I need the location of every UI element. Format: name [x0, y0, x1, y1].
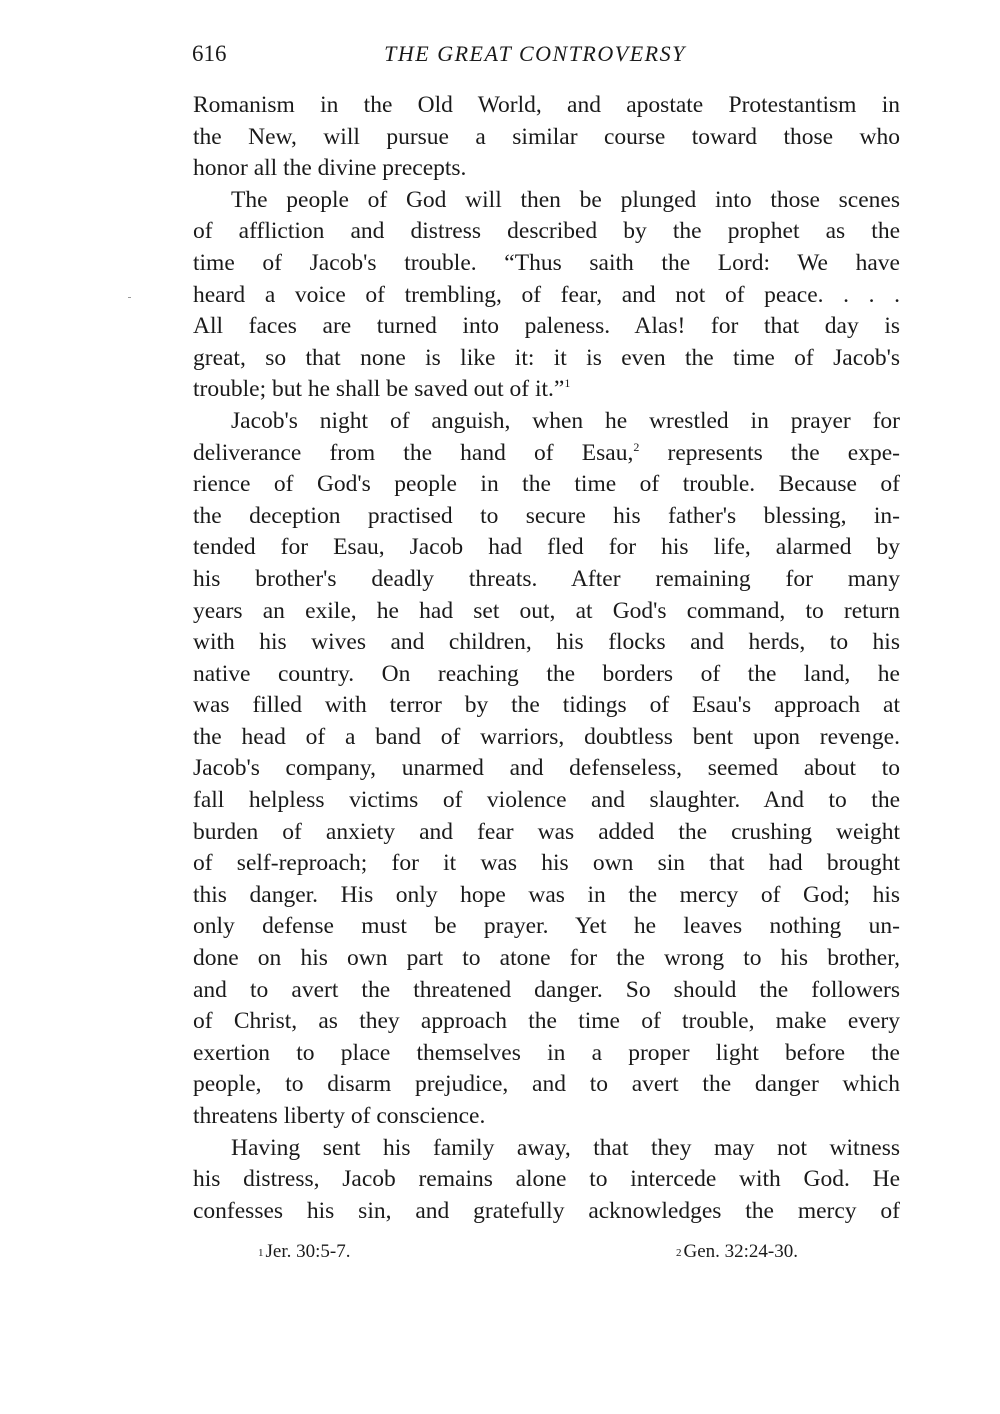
text-line: people, to disarm prejudice, and to aver…: [193, 1069, 900, 1101]
running-title: THE GREAT CONTROVERSY: [0, 40, 1000, 68]
text-line: native country. On reaching the borders …: [193, 659, 900, 691]
text-line: burden of anxiety and fear was added the…: [193, 817, 900, 849]
footnote-marker: 2: [676, 1247, 682, 1259]
margin-mark: [128, 297, 131, 298]
text-line: fall helpless victims of violence and sl…: [193, 785, 900, 817]
text-line: done on his own part to atone for the wr…: [193, 943, 900, 975]
text-line: of Christ, as they approach the time of …: [193, 1006, 900, 1038]
footnote-ref-2[interactable]: 2: [633, 440, 639, 454]
text-line: trouble; but he shall be saved out of it…: [193, 374, 900, 406]
text-line: All faces are turned into paleness. Alas…: [193, 311, 900, 343]
text-line: Jacob's company, unarmed and defenseless…: [193, 753, 900, 785]
text-line: was filled with terror by the tidings of…: [193, 690, 900, 722]
text-line: tended for Esau, Jacob had fled for his …: [193, 532, 900, 564]
text-line-content: represents the expe-: [668, 440, 901, 466]
text-line: his brother's deadly threats. After rema…: [193, 564, 900, 596]
text-line: the deception practised to secure his fa…: [193, 501, 900, 533]
footnote-text: Gen. 32:24-30.: [684, 1241, 799, 1262]
text-line: great, so that none is like it: it is ev…: [193, 343, 900, 375]
footnote-1: 1Jer. 30:5-7.: [258, 1240, 350, 1264]
text-line: threatens liberty of conscience.: [193, 1101, 900, 1133]
text-line: his distress, Jacob remains alone to int…: [193, 1164, 900, 1196]
text-line-content: deliverance from the hand of Esau,: [193, 440, 633, 466]
text-line: deliverance from the hand of Esau,2 repr…: [193, 438, 900, 470]
text-line: the head of a band of warriors, doubtles…: [193, 722, 900, 754]
text-line-content: trouble; but he shall be saved out of it…: [193, 376, 564, 402]
text-line: Romanism in the Old World, and apostate …: [193, 90, 900, 122]
text-line: honor all the divine precepts.: [193, 153, 900, 185]
text-line: time of Jacob's trouble. “Thus saith the…: [193, 248, 900, 280]
book-page: 616 THE GREAT CONTROVERSY Romanism in th…: [0, 0, 1000, 1414]
text-line: exertion to place themselves in a proper…: [193, 1038, 900, 1070]
text-line: of self-reproach; for it was his own sin…: [193, 848, 900, 880]
text-line: only defense must be prayer. Yet he leav…: [193, 911, 900, 943]
paragraph-1: Romanism in the Old World, and apostate …: [193, 90, 900, 185]
footnote-2: 2Gen. 32:24-30.: [676, 1240, 798, 1264]
text-line: the New, will pursue a similar course to…: [193, 122, 900, 154]
text-line: heard a voice of trembling, of fear, and…: [193, 280, 900, 312]
text-line: Having sent his family away, that they m…: [193, 1133, 900, 1165]
footnote-ref-1[interactable]: 1: [564, 376, 570, 390]
paragraph-4: Having sent his family away, that they m…: [193, 1133, 900, 1228]
paragraph-2: The people of God will then be plunged i…: [193, 185, 900, 406]
body-text: Romanism in the Old World, and apostate …: [193, 90, 900, 1227]
paragraph-3: Jacob's night of anguish, when he wrestl…: [193, 406, 900, 1133]
text-line: rience of God's people in the time of tr…: [193, 469, 900, 501]
text-line: Jacob's night of anguish, when he wrestl…: [193, 406, 900, 438]
text-line: of affliction and distress described by …: [193, 216, 900, 248]
text-line: and to avert the threatened danger. So s…: [193, 975, 900, 1007]
text-line: this danger. His only hope was in the me…: [193, 880, 900, 912]
text-line: confesses his sin, and gratefully acknow…: [193, 1196, 900, 1228]
footnote-marker: 1: [258, 1247, 264, 1259]
text-line: years an exile, he had set out, at God's…: [193, 596, 900, 628]
text-line: with his wives and children, his flocks …: [193, 627, 900, 659]
footnote-text: Jer. 30:5-7.: [266, 1241, 351, 1262]
text-line: The people of God will then be plunged i…: [193, 185, 900, 217]
